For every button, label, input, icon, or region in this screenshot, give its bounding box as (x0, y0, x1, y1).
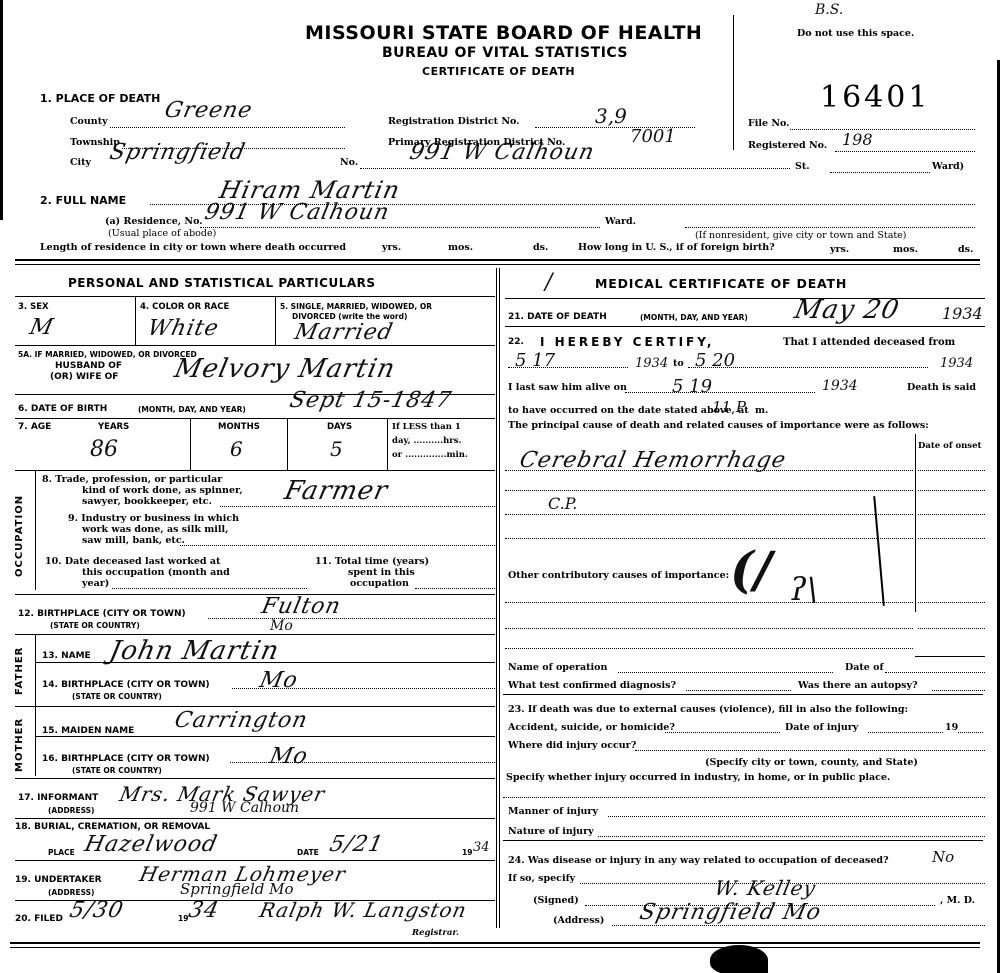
filed-date-value: 5/30 (67, 898, 126, 923)
scribble-mark-2: ʔ\ (790, 570, 818, 608)
mos-label: mos. (448, 242, 473, 253)
registration-district-label: Registration District No. (388, 116, 519, 127)
birthplace-label: 12. BIRTHPLACE (CITY OR TOWN) (18, 609, 186, 619)
city-value: Springfield (107, 140, 248, 165)
maiden-name-value: Carrington (172, 708, 310, 733)
file-no-label: File No. (748, 118, 789, 129)
months-label: MONTHS (218, 422, 260, 432)
street-no-label: No. (340, 157, 358, 168)
full-name-label: 2. FULL NAME (40, 194, 126, 207)
primary-registration-value: 7001 (630, 126, 676, 147)
father-name-label: 13. NAME (42, 651, 91, 661)
death-said-label: Death is said (907, 382, 976, 393)
burial-place-label: PLACE (48, 848, 75, 857)
total-time-label-2: spent in this (348, 567, 415, 578)
bureau-title: BUREAU OF VITAL STATISTICS (382, 45, 628, 61)
last-saw-value: 5 19 (672, 376, 712, 397)
scan-edge-left (0, 0, 3, 220)
physician-address-label: (Address) (553, 915, 604, 926)
m-label: m. (755, 405, 768, 416)
undertaker-address-value: Springfield Mo (180, 880, 294, 898)
spouse-value: Melvory Martin (172, 354, 398, 384)
document-title: MISSOURI STATE BOARD OF HEALTH (305, 22, 702, 44)
yrs-label: yrs. (382, 242, 401, 253)
burial-date-value: 5/21 (327, 832, 386, 857)
foreign-mos-label: mos. (893, 244, 918, 255)
nature-injury-label: Nature of injury (508, 826, 594, 837)
pen-stroke (873, 496, 885, 606)
trade-label-3: sawyer, bookkeeper, etc. (82, 496, 212, 507)
attended-from-year: 1934 (635, 356, 668, 371)
age-years-value: 86 (90, 437, 118, 462)
filed-label: 20. FILED (15, 914, 63, 924)
sex-label: 3. SEX (18, 302, 49, 312)
age-months-value: 6 (230, 437, 243, 461)
father-side-label: FATHER (14, 640, 25, 695)
father-birthplace-label: 14. BIRTHPLACE (CITY OR TOWN) (42, 680, 210, 690)
physician-signature: W. Kelley (712, 876, 818, 900)
burial-date-label: DATE (297, 848, 319, 857)
maiden-name-label: 15. MAIDEN NAME (42, 726, 134, 736)
certificate-subtitle: CERTIFICATE OF DEATH (422, 65, 575, 78)
foreign-ds-label: ds. (958, 244, 973, 255)
husband-of-label: HUSBAND OF (55, 361, 122, 371)
father-birthplace-value: Mo (257, 668, 300, 693)
marital-label: 5. SINGLE, MARRIED, WIDOWED, OR (280, 302, 432, 311)
last-worked-label-3: year) (82, 578, 109, 589)
less-than-label: If LESS than 1 (392, 422, 461, 432)
other-causes-label: Other contributory causes of importance: (508, 570, 729, 581)
ds-label: ds. (533, 242, 548, 253)
medical-section-title: MEDICAL CERTIFICATE OF DEATH (595, 276, 847, 291)
registered-number: 198 (842, 130, 873, 149)
county-label: County (70, 116, 108, 127)
undertaker-label: 19. UNDERTAKER (15, 875, 102, 885)
date-of-operation-label: Date of (845, 662, 884, 673)
date-of-death-label: 21. DATE OF DEATH (508, 312, 607, 322)
death-year-value: 1934 (942, 304, 983, 323)
personal-section-title: PERSONAL AND STATISTICAL PARTICULARS (68, 276, 376, 290)
burial-place-value: Hazelwood (82, 832, 220, 857)
spouse-label: 5A. IF MARRIED, WIDOWED, OR DIVORCED (18, 350, 197, 359)
race-label: 4. COLOR OR RACE (140, 302, 229, 312)
st-label: St. (795, 161, 810, 172)
attended-to-year: 1934 (940, 356, 973, 371)
race-value: White (145, 316, 221, 341)
trade-label: 8. Trade, profession, or particular (42, 474, 222, 485)
mother-birthplace-label: 16. BIRTHPLACE (CITY OR TOWN) (42, 754, 210, 764)
header-divider (733, 15, 734, 150)
manner-injury-label: Manner of injury (508, 806, 598, 817)
age-days-value: 5 (330, 437, 343, 461)
wife-of-label: (OR) WIFE OF (50, 372, 118, 382)
occupation-side-label: OCCUPATION (14, 482, 25, 577)
dob-label: 6. DATE OF BIRTH (18, 404, 107, 414)
marital-value: Married (292, 320, 395, 345)
age-label: 7. AGE (18, 422, 51, 432)
mother-birthplace-value: Mo (267, 744, 310, 769)
header-rule-bottom (15, 264, 980, 265)
registrar-label: Registrar. (412, 928, 459, 938)
column-divider-right (499, 268, 500, 928)
sex-value: M (27, 315, 56, 340)
to-label: to (673, 358, 684, 369)
onset-box-border (915, 434, 916, 612)
residence-label: (a) Residence, No. (105, 216, 203, 227)
attended-from-value: 5 17 (515, 350, 555, 371)
filed-year-value: 34 (186, 898, 221, 923)
birthplace-sub-label: (STATE OR COUNTRY) (50, 621, 140, 630)
undertaker-address-label: (ADDRESS) (48, 888, 94, 897)
informant-address-label: (ADDRESS) (48, 806, 94, 815)
trade-label-2: kind of work done, as spinner, (82, 485, 243, 496)
father-birthplace-sub: (STATE OR COUNTRY) (72, 692, 162, 701)
last-worked-label: 10. Date deceased last worked at (45, 556, 220, 567)
birthplace-city-value: Fulton (259, 594, 343, 619)
length-residence-label: Length of residence in city or town wher… (40, 242, 346, 253)
trade-value: Farmer (282, 476, 391, 506)
dob-sub-label: (MONTH, DAY, AND YEAR) (138, 405, 246, 414)
margin-note: B.S. (815, 2, 843, 18)
total-time-label: 11. Total time (years) (315, 556, 429, 567)
industry-label-3: saw mill, bank, etc. (82, 535, 185, 546)
certify-text: That I attended deceased from (783, 337, 955, 348)
residence-ward-label: Ward. (605, 216, 636, 227)
mother-birthplace-sub: (STATE OR COUNTRY) (72, 766, 162, 775)
hrs-label: day, ..........hrs. (392, 436, 462, 446)
do-not-use-label: Do not use this space. (797, 28, 914, 39)
external-causes-label: 23. If death was due to external causes … (508, 704, 908, 715)
foreign-yrs-label: yrs. (830, 244, 849, 255)
birthplace-state-value: Mo (270, 618, 293, 634)
nonresident-note: (If nonresident, give city or town and S… (695, 230, 907, 241)
burial-label: 18. BURIAL, CREMATION, OR REMOVAL (15, 822, 210, 832)
informant-address-value: 991 W Calhoun (190, 800, 299, 816)
cause-note: C.P. (548, 494, 577, 513)
certify-number: 22. (508, 337, 524, 347)
industry-label-2: work was done, as silk mill, (82, 524, 228, 535)
certify-label: I HEREBY CERTIFY, (540, 335, 715, 349)
last-saw-label: I last saw him alive on (508, 382, 627, 393)
physician-address-value: Springfield Mo (637, 900, 823, 925)
signed-label: (Signed) (533, 895, 579, 906)
operation-label: Name of operation (508, 662, 607, 673)
mother-side-label: MOTHER (14, 712, 25, 772)
burial-year-value: 34 (473, 840, 490, 855)
accident-label: Accident, suicide, or homicide? (508, 722, 675, 733)
autopsy-label: Was there an autopsy? (798, 680, 918, 691)
where-injury-label: Where did injury occur? (508, 740, 636, 751)
occupation-related-label: 24. Was disease or injury in any way rel… (508, 855, 889, 866)
md-label: , M. D. (940, 895, 975, 906)
pen-mark: / (545, 270, 552, 295)
residence-value: 991 W Calhoun (202, 200, 392, 225)
residence-sub-label: (Usual place of abode) (108, 228, 216, 239)
informant-label: 17. INFORMANT (18, 793, 98, 803)
test-label: What test confirmed diagnosis? (508, 680, 676, 691)
last-worked-label-2: this occupation (month and (82, 567, 230, 578)
registrar-signature: Ralph W. Langston (257, 898, 469, 922)
foreign-birth-label: How long in U. S., if of foreign birth? (578, 242, 775, 253)
registered-no-label: Registered No. (748, 140, 827, 151)
specify-location-note: (Specify city or town, county, and State… (705, 757, 918, 768)
ward-label: Ward) (932, 161, 964, 172)
death-time-value: 11 P (712, 398, 746, 416)
county-value: Greene (162, 98, 255, 123)
place-of-death-label: 1. PLACE OF DEATH (40, 92, 160, 105)
date-of-death-sub: (MONTH, DAY, AND YEAR) (640, 313, 748, 322)
date-of-injury-label: Date of injury (785, 722, 858, 733)
column-divider-left (496, 268, 497, 928)
specify-whether-label: Specify whether injury occurred in indus… (506, 772, 890, 783)
days-label: DAYS (327, 422, 352, 432)
primary-registration-label: Primary Registration District No. (388, 137, 565, 148)
ink-blot (710, 945, 768, 973)
cause-label: The principal cause of death and related… (508, 420, 929, 431)
city-label: City (70, 157, 91, 168)
years-label: YEARS (98, 422, 129, 432)
injury-year-prefix: 19 (945, 722, 958, 733)
date-of-onset-label: Date of onset (918, 441, 981, 451)
min-label: or ..............min. (392, 450, 468, 460)
last-saw-year: 1934 (822, 378, 858, 394)
dob-value: Sept 15-1847 (287, 388, 454, 413)
attended-to-value: 5 20 (695, 350, 735, 371)
industry-label: 9. Industry or business in which (68, 513, 239, 524)
if-so-specify-label: If so, specify (508, 873, 575, 884)
file-number: 16401 (820, 80, 930, 115)
occupation-related-answer: No (932, 848, 954, 866)
registration-district-value: 3,9 (595, 104, 627, 128)
scribble-mark: (/ (730, 540, 772, 599)
date-of-death-value: May 20 (792, 295, 903, 325)
total-time-label-3: occupation (350, 578, 409, 589)
burial-year-prefix: 19 (462, 848, 472, 857)
header-rule-top (15, 259, 980, 261)
